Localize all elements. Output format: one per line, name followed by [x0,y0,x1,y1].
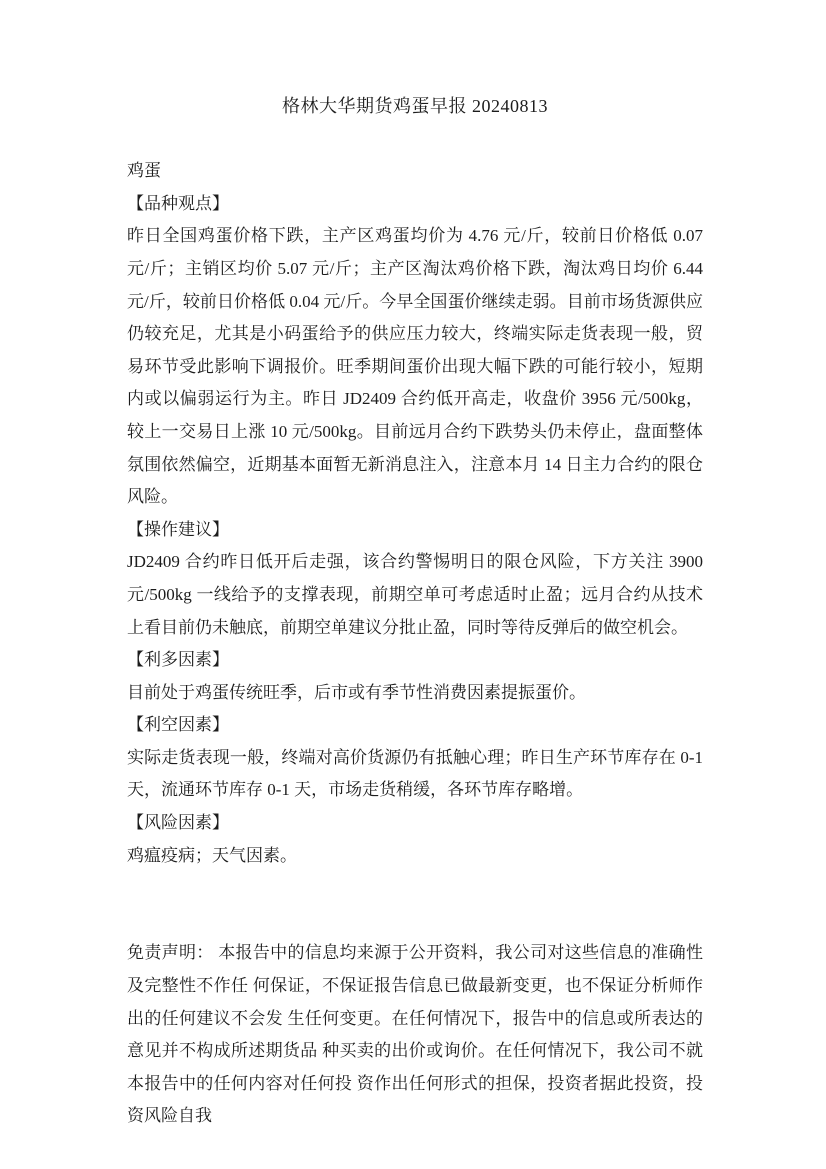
section-risk-factors: 【风险因素】 鸡瘟疫病；天气因素。 [127,807,703,872]
section-variety-view: 【品种观点】 昨日全国鸡蛋价格下跌，主产区鸡蛋均价为 4.76 元/斤，较前日价… [127,188,703,514]
section-heading-variety-view: 【品种观点】 [127,188,703,221]
section-bullish-factors: 【利多因素】 目前处于鸡蛋传统旺季，后市或有季节性消费因素提振蛋价。 [127,644,703,709]
section-heading-operation-advice: 【操作建议】 [127,514,703,547]
section-operation-advice: 【操作建议】 JD2409 合约昨日低开后走强，该合约警惕明日的限仓风险，下方关… [127,514,703,644]
document-title: 格林大华期货鸡蛋早报 20240813 [127,90,703,123]
section-body-bullish-factors: 目前处于鸡蛋传统旺季，后市或有季节性消费因素提振蛋价。 [127,677,703,710]
section-heading-risk-factors: 【风险因素】 [127,807,703,840]
section-heading-bullish-factors: 【利多因素】 [127,644,703,677]
section-heading-bearish-factors: 【利空因素】 [127,709,703,742]
section-body-operation-advice: JD2409 合约昨日低开后走强，该合约警惕明日的限仓风险，下方关注 3900 … [127,546,703,644]
report-page: 格林大华期货鸡蛋早报 20240813 鸡蛋 【品种观点】 昨日全国鸡蛋价格下跌… [0,0,826,1169]
section-body-bearish-factors: 实际走货表现一般，终端对高价货源仍有抵触心理；昨日生产环节库存在 0-1 天，流… [127,742,703,807]
section-body-variety-view: 昨日全国鸡蛋价格下跌，主产区鸡蛋均价为 4.76 元/斤，较前日价格低 0.07… [127,220,703,513]
commodity-name: 鸡蛋 [127,155,703,188]
section-bearish-factors: 【利空因素】 实际走货表现一般，终端对高价货源仍有抵触心理；昨日生产环节库存在 … [127,709,703,807]
section-body-risk-factors: 鸡瘟疫病；天气因素。 [127,840,703,873]
disclaimer-text: 免责声明： 本报告中的信息均来源于公开资料，我公司对这些信息的准确性及完整性不作… [127,937,703,1133]
